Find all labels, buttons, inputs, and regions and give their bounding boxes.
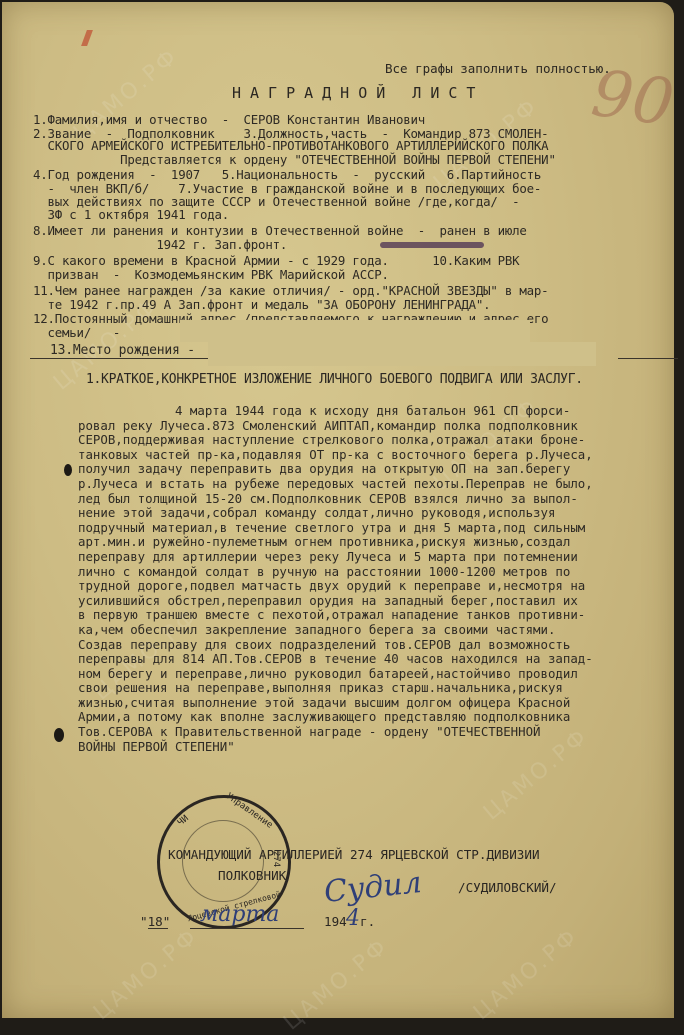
date-year: 194 xyxy=(324,914,347,929)
field-line: 1942 г. Зап.фронт. xyxy=(33,238,287,251)
field-line: 4.Год рождения - 1907 5.Национальность -… xyxy=(33,168,541,181)
field-line: 8.Имеет ли ранения и контузии в Отечеств… xyxy=(33,224,527,237)
narrative-line: свои решения на переправе,выполняя прика… xyxy=(78,681,678,696)
instruction-text: Все графы заполнить полностью. xyxy=(385,61,611,76)
narrative-line: в первую траншею вместе с пехотой,отража… xyxy=(78,608,678,623)
field-line: ЗФ с 1 октября 1941 года. xyxy=(33,208,229,221)
narrative-line: р.Лучеса и встать на рубеже передовых ча… xyxy=(78,477,678,492)
narrative-line: ровал реку Лучеса.873 Смоленский АИПТАП,… xyxy=(78,419,678,434)
field-line: СКОГО АРМЕЙСКОГО ИСТРЕБИТЕЛЬНО-ПРОТИВОТА… xyxy=(33,139,548,152)
field-line: призван - Козмодемьянским РВК Марийской … xyxy=(33,268,389,281)
narrative-line: ном берегу и переправе,лично руководил б… xyxy=(78,667,678,682)
date-underline xyxy=(148,928,168,929)
date-day: "18" xyxy=(140,914,170,929)
narrative-line: лед был толщиной 15-20 см.Подполковник С… xyxy=(78,492,678,507)
narrative-text: 4 марта 1944 года к исходу дня батальон … xyxy=(78,404,678,754)
narrative-line: лично с командой солдат в ручную на расс… xyxy=(78,565,678,580)
underline xyxy=(30,358,208,359)
narrative-line: подручный материал,в течение светлого ут… xyxy=(78,521,678,536)
signatory-rank: ПОЛКОВНИК xyxy=(218,868,286,883)
field-line: семьи/ - xyxy=(33,326,120,339)
narrative-line: переправы для 814 АП.Тов.СЕРОВ в течение… xyxy=(78,652,678,667)
watermark: ЦАМО.РФ xyxy=(89,924,204,1024)
narrative-line: 4 марта 1944 года к исходу дня батальон … xyxy=(78,404,678,419)
crossed-out-text xyxy=(380,242,484,248)
date-month: марта xyxy=(200,902,279,927)
narrative-line: арт.мин.и ружейно-пулеметным огнем проти… xyxy=(78,535,678,550)
redacted-address xyxy=(180,320,530,342)
stamp-text: ЧИ xyxy=(176,814,191,829)
narrative-line: усилившийся обстрел,переправил орудия на… xyxy=(78,594,678,609)
section-heading: 1.КРАТКОЕ,КОНКРЕТНОЕ ИЗЛОЖЕНИЕ ЛИЧНОГО Б… xyxy=(86,372,583,387)
red-pencil-mark xyxy=(81,30,93,46)
narrative-line: жизнью,считая выполнение этой задачи выс… xyxy=(78,696,678,711)
narrative-line: нение этой задачи,собрал команду солдат,… xyxy=(78,506,678,521)
underline xyxy=(618,358,678,359)
award-sheet: ЦАМО.РФ ЦАМО.РФ ЦАМО.РФ ЦАМО.РФ ЦАМО.РФ … xyxy=(2,2,674,1018)
birthplace-label: 13.Место рождения - xyxy=(50,344,195,357)
narrative-line: Армии,а потому как вполне заслуживающего… xyxy=(78,710,678,725)
signatory-name: /СУДИЛОВСКИЙ/ xyxy=(458,880,557,895)
page-title: НАГРАДНОЙ ЛИСТ xyxy=(232,84,484,102)
field-line: Представляется к ордену "ОТЕЧЕСТВЕННОЙ В… xyxy=(33,153,556,166)
field-line: те 1942 г.пр.49 А Зап.фронт и медаль "ЗА… xyxy=(33,298,490,311)
narrative-line: трудной дороге,подвел матчасть двух оруд… xyxy=(78,579,678,594)
field-line: 9.С какого времени в Красной Армии - с 1… xyxy=(33,254,519,267)
narrative-line: СЕРОВ,поддерживая наступление стрелковог… xyxy=(78,433,678,448)
narrative-line: получил задачу переправить два орудия на… xyxy=(78,462,678,477)
narrative-line: ка,чем обеспечил закрепление западного б… xyxy=(78,623,678,638)
signatory-position: КОМАНДУЮЩИЙ АРТИЛЛЕРИЕЙ 274 ЯРЦЕВСКОЙ СТ… xyxy=(168,847,540,862)
date-year-digit: 4 xyxy=(346,906,360,931)
narrative-line: Тов.СЕРОВА к Правительственной награде -… xyxy=(78,725,678,740)
ink-blot xyxy=(64,464,72,476)
redacted-birthplace xyxy=(208,342,596,366)
handwritten-signature: Судил xyxy=(322,865,423,910)
narrative-line: Создав переправу для своих подразделений… xyxy=(78,638,678,653)
narrative-line: ВОЙНЫ ПЕРВОЙ СТЕПЕНИ" xyxy=(78,740,678,755)
ink-blot xyxy=(54,728,64,742)
narrative-line: переправу для артиллерии через реку Луче… xyxy=(78,550,678,565)
field-line: 11.Чем ранее награжден /за какие отличия… xyxy=(33,284,548,297)
date-underline xyxy=(190,928,304,929)
date-suffix: г. xyxy=(360,914,375,929)
narrative-line: танковых частей пр-ка,подавляя ОТ пр-ка … xyxy=(78,448,678,463)
watermark: ЦАМО.РФ xyxy=(279,934,394,1024)
watermark: ЦАМО.РФ xyxy=(469,924,584,1024)
field-line: 1.Фамилия,имя и отчество - СЕРОВ Констан… xyxy=(33,113,425,126)
